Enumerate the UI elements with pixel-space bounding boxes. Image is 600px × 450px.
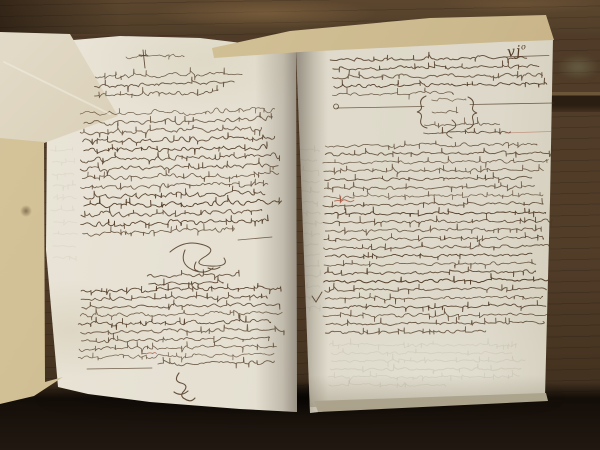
right-bleed-bottom	[329, 380, 446, 387]
right-bleed-bottom	[330, 364, 521, 374]
right-main-block	[324, 189, 543, 201]
heading-cross-stroke	[139, 50, 148, 68]
right-main-block	[324, 259, 536, 269]
right-main-block	[323, 300, 546, 312]
left-block-1	[95, 77, 235, 92]
right-margin-bleed	[302, 283, 320, 288]
right-margin-bleed	[300, 254, 320, 256]
left-margin-bleed	[53, 246, 76, 248]
left-closing-line	[158, 357, 274, 368]
photo-scene: vjo	[0, 0, 600, 450]
bottom-paraph	[174, 373, 195, 401]
left-block-3	[78, 315, 270, 330]
right-main-block	[323, 198, 543, 210]
right-margin-bleed	[300, 145, 320, 151]
right-margin-bleed	[299, 166, 319, 176]
left-block-2	[81, 179, 268, 193]
right-block-1	[333, 61, 539, 75]
left-margin-bleed	[54, 194, 77, 200]
right-main-block	[325, 293, 542, 305]
right-main-block	[325, 146, 552, 158]
right-bleed-bottom	[328, 370, 519, 383]
left-block-end-stroke	[238, 237, 272, 240]
right-main-block	[323, 156, 548, 168]
bracket-rule-left	[337, 107, 424, 109]
left-block-2	[81, 215, 269, 229]
right-main-block	[323, 213, 552, 227]
right-margin-bleed	[301, 270, 321, 277]
left-block-2	[84, 112, 272, 126]
folio-number: vjo	[506, 40, 528, 60]
right-main-block	[325, 207, 546, 219]
handwriting-layer	[0, 0, 600, 450]
left-margin-bleed	[51, 205, 75, 211]
left-block-3	[78, 352, 274, 362]
right-margin-bleed	[301, 305, 320, 312]
right-main-block	[324, 273, 548, 284]
left-heading	[126, 50, 184, 60]
right-margin-bleed	[301, 231, 319, 237]
right-main-block	[324, 240, 550, 252]
red-heading-rule	[505, 132, 551, 134]
left-block-2	[83, 132, 275, 145]
right-main-block	[323, 308, 552, 322]
right-main-block	[325, 224, 541, 236]
left-block-2	[84, 142, 267, 155]
right-block-1	[332, 87, 453, 99]
bracket-ring	[334, 104, 339, 109]
folio-superscript: o	[521, 42, 528, 52]
bracket-name-lower	[432, 107, 458, 113]
right-main-block	[326, 317, 544, 326]
left-block-3	[82, 300, 280, 311]
left-margin-bleed	[54, 219, 77, 225]
left-block-2	[82, 167, 278, 182]
left-margin-bleed	[53, 180, 75, 191]
left-block-3	[82, 333, 270, 343]
right-main-block	[325, 141, 537, 150]
right-bleed-bottom	[331, 348, 512, 356]
left-block-3	[79, 341, 276, 354]
left-block-3	[80, 308, 282, 321]
right-heading	[425, 117, 500, 128]
right-block-1	[334, 78, 547, 88]
left-margin-bleed	[54, 231, 78, 235]
right-main-block	[325, 181, 535, 192]
left-margin-bleed	[50, 146, 73, 151]
left-block-1	[95, 67, 242, 80]
left-heading-2	[147, 269, 239, 280]
right-main-block	[324, 232, 544, 242]
left-closing-rule	[87, 368, 152, 369]
bracket-name-upper	[432, 98, 466, 101]
left-block-2	[83, 224, 234, 237]
right-main-block	[325, 326, 485, 334]
right-heading	[424, 127, 511, 134]
right-main-block	[325, 283, 546, 294]
right-block-1	[333, 71, 543, 81]
parchment-fold-highlight	[4, 62, 110, 114]
left-margin-bleed	[52, 173, 74, 180]
right-bleed-bottom	[329, 338, 516, 350]
red-correction-left	[142, 353, 157, 354]
bracket-rule-right	[470, 103, 554, 105]
left-heading-2	[149, 276, 224, 285]
right-main-block	[324, 164, 544, 178]
right-margin-bleed	[298, 159, 316, 161]
right-margin-bleed	[300, 260, 320, 266]
signature-rubric	[170, 243, 225, 272]
right-main-block	[325, 172, 532, 183]
left-block-2	[80, 158, 278, 176]
right-margin-bleed	[301, 211, 320, 216]
right-margin-bleed	[298, 241, 318, 246]
right-margin-bleed	[302, 221, 323, 226]
left-block-2	[84, 186, 265, 199]
left-margin-bleed	[52, 158, 74, 166]
right-block-1	[330, 52, 527, 63]
right-margin-bleed	[300, 187, 319, 193]
left-block-2	[81, 207, 262, 217]
left-block-2	[81, 152, 280, 164]
right-bleed-bottom	[331, 354, 525, 368]
right-margin-bleed	[298, 201, 317, 207]
right-main-block	[325, 252, 532, 260]
right-main-block	[325, 267, 536, 277]
left-block-1	[95, 85, 219, 98]
bracket-tail	[447, 120, 456, 138]
left-margin-bleed	[53, 256, 76, 261]
right-margin-bleed	[300, 181, 319, 183]
